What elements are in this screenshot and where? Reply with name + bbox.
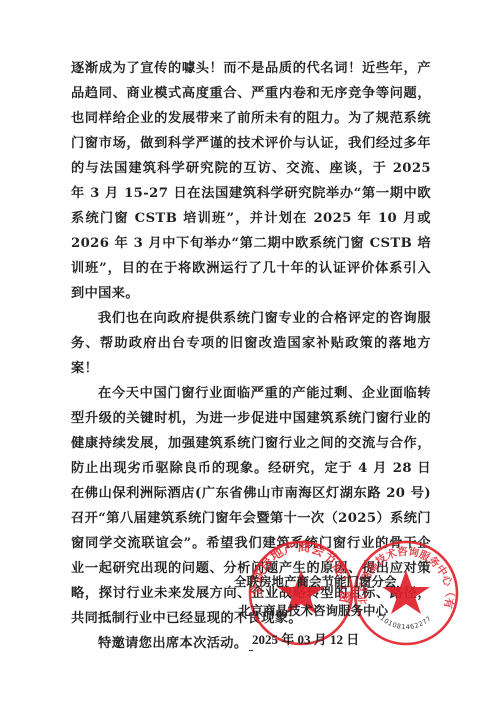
stamp-consulting-center: 北京商晶技术咨询服务中心（有限合伙） 1101081462277 [351,538,461,648]
paragraph-1: 逐渐成为了宣传的噱头！而不是品质的代名词！近些年，产品趋同、商业模式高度重合、严… [71,56,431,306]
signature-org-1: 全联房地产商会节能门窗分会 [234,572,397,590]
signature-date: 2025 年 03 月 12 日 [252,629,359,648]
signature-org-2: 北京商晶技术咨询服务中心 [238,601,388,619]
document-page: 逐渐成为了宣传的噱头！而不是品质的代名词！近些年，产品趋同、商业模式高度重合、严… [0,0,500,708]
mark-dash [249,650,253,651]
paragraph-2: 我们也在向政府提供系统门窗专业的合格评定的咨询服务、帮助政府出台专项的旧窗改造国… [71,306,431,381]
